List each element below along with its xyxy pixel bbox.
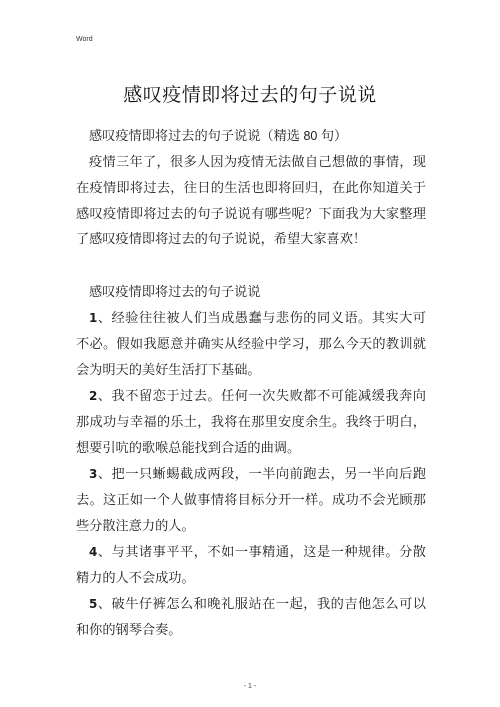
header-label: Word	[76, 36, 93, 43]
list-item: 4、与其诸事平平，不如一事精通，这是一种规律。分散精力的人不会成功。	[76, 540, 426, 592]
page-number: - 1 -	[0, 683, 500, 690]
list-item: 1、经验往往被人们当成愚蠢与悲伤的同义语。其实大可不必。假如我愿意并确实从经验中…	[76, 306, 426, 383]
subtitle-count: 80	[300, 129, 321, 143]
list-item: 5、破牛仔裤怎么和晚礼服站在一起，我的吉他怎么可以和你的钢琴合奏。	[76, 592, 426, 644]
list-item: 2、我不留恋于过去。任何一次失败都不可能减缓我奔向那成功与幸福的乐土，我将在那里…	[76, 384, 426, 461]
item-text: 、把一只蜥蜴截成两段，一半向前跑去，另一半向后跑去。这正如一个人做事情将目标分开…	[76, 467, 426, 534]
document-subtitle: 感叹疫情即将过去的句子说说（精选 80 句）	[76, 124, 426, 150]
item-text: 、经验往往被人们当成愚蠢与悲伤的同义语。其实大可不必。假如我愿意并确实从经验中学…	[76, 311, 426, 378]
section-heading: 感叹疫情即将过去的句子说说	[76, 280, 426, 306]
quote-list: 1、经验往往被人们当成愚蠢与悲伤的同义语。其实大可不必。假如我愿意并确实从经验中…	[76, 306, 426, 644]
intro-paragraph: 疫情三年了，很多人因为疫情无法做自己想做的事情，现在疫情即将过去，往日的生活也即…	[76, 150, 426, 253]
item-text: 、与其诸事平平，不如一事精通，这是一种规律。分散精力的人不会成功。	[76, 545, 426, 586]
subtitle-prefix: 感叹疫情即将过去的句子说说（精选	[89, 129, 300, 144]
item-text: 、我不留恋于过去。任何一次失败都不可能减缓我奔向那成功与幸福的乐土，我将在那里安…	[76, 389, 426, 456]
subtitle-suffix: 句）	[321, 129, 347, 144]
item-text: 、破牛仔裤怎么和晚礼服站在一起，我的吉他怎么可以和你的钢琴合奏。	[76, 597, 426, 638]
list-item: 3、把一只蜥蜴截成两段，一半向前跑去，另一半向后跑去。这正如一个人做事情将目标分…	[76, 462, 426, 539]
document-title: 感叹疫情即将过去的句子说说	[0, 80, 500, 107]
